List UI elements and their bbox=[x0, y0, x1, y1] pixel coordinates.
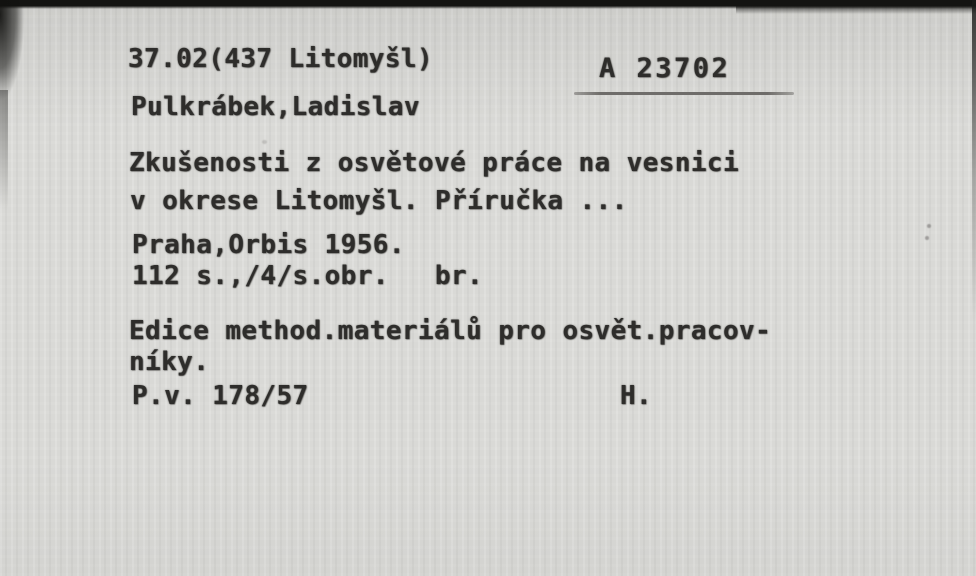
scan-edge-top-right bbox=[736, 0, 976, 14]
record-number: P.v. 178/57 bbox=[132, 381, 309, 411]
accession-underline bbox=[574, 92, 794, 95]
ink-speck bbox=[925, 236, 929, 240]
title-line-1: Zkušenosti z osvětové práce na vesnici bbox=[129, 148, 739, 178]
classification-number: 37.02(437 Litomyšl) bbox=[128, 44, 433, 74]
ink-speck bbox=[262, 140, 267, 144]
binding-text: br. bbox=[435, 261, 483, 291]
series-line-2: níky. bbox=[129, 347, 209, 377]
series-line-1: Edice method.materiálů pro osvět.pracov- bbox=[129, 316, 771, 346]
cataloguer-initial: H. bbox=[620, 381, 652, 411]
accession-number: A 23702 bbox=[599, 53, 730, 84]
ink-speck bbox=[927, 224, 931, 228]
collation-text: 112 s.,/4/s.obr. bbox=[132, 261, 389, 291]
catalog-card-scan: 37.02(437 Litomyšl) A 23702 Pulkrábek,La… bbox=[0, 0, 976, 576]
scan-edge-left-lower bbox=[0, 90, 8, 210]
collation-line: 112 s.,/4/s.obr.br. bbox=[132, 261, 483, 291]
imprint-line: Praha,Orbis 1956. bbox=[132, 230, 405, 260]
scan-edge-right bbox=[972, 0, 976, 320]
title-line-2: v okrese Litomyšl. Příručka ... bbox=[130, 186, 628, 216]
author-line: Pulkrábek,Ladislav bbox=[131, 92, 420, 122]
